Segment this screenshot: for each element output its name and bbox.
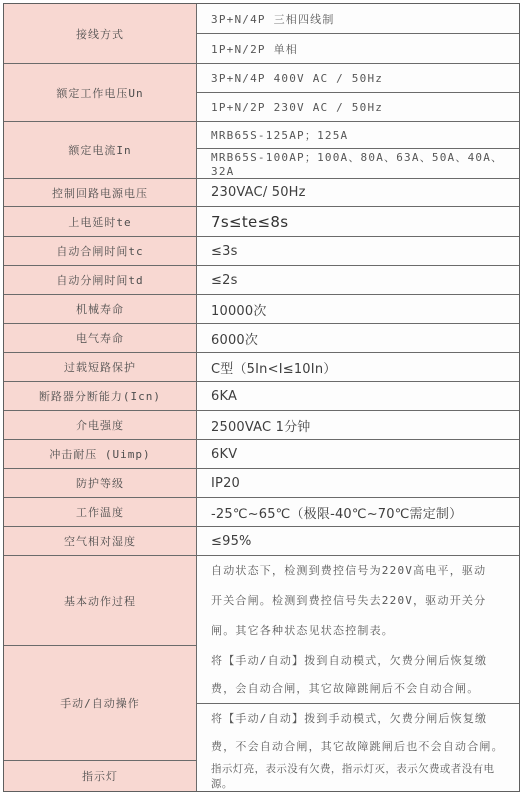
- spec-label: 介电强度: [4, 411, 197, 439]
- spec-label: 空气相对湿度: [4, 527, 197, 555]
- spec-value: 3P+N/4P 三相四线制: [197, 4, 519, 33]
- spec-value: 10000次: [197, 295, 519, 323]
- table-row: 冲击耐压 (Uimp) 6KV: [4, 440, 519, 469]
- spec-label: 机械寿命: [4, 295, 197, 323]
- table-row: 工作温度 -25℃~65℃（极限-40℃~70℃需定制）: [4, 498, 519, 527]
- spec-value: 7s≤te≤8s: [197, 207, 519, 236]
- table-row: 介电强度 2500VAC 1分钟: [4, 411, 519, 440]
- spec-value: 将【手动/自动】拨到自动模式，欠费分闸后恢复缴 费，会自动合闸，其它故障跳闸后不…: [197, 646, 519, 703]
- spec-value: 将【手动/自动】拨到手动模式，欠费分闸后恢复缴 费，不会自动合闸，其它故障跳闸后…: [197, 703, 519, 761]
- table-row: 防护等级 IP20: [4, 469, 519, 498]
- spec-label: 工作温度: [4, 498, 197, 526]
- table-row: 过载短路保护 C型（5In<I≤10In）: [4, 353, 519, 382]
- table-row: 电气寿命 6000次: [4, 324, 519, 353]
- spec-value: ≤95%: [197, 527, 519, 555]
- table-row: 接线方式 3P+N/4P 三相四线制 1P+N/2P 单相: [4, 4, 519, 64]
- spec-value: 230VAC/ 50Hz: [197, 179, 519, 206]
- table-row: 自动合闸时间tc ≤3s: [4, 237, 519, 266]
- spec-value: MRB65S-100AP；100A、80A、63A、50A、40A、32A: [197, 148, 519, 178]
- spec-value: 6KV: [197, 440, 519, 468]
- spec-label: 控制回路电源电压: [4, 179, 197, 206]
- table-row: 控制回路电源电压 230VAC/ 50Hz: [4, 179, 519, 207]
- spec-label: 冲击耐压 (Uimp): [4, 440, 197, 468]
- table-row: 上电延时te 7s≤te≤8s: [4, 207, 519, 237]
- spec-value: 6000次: [197, 324, 519, 352]
- table-row: 手动/自动操作 将【手动/自动】拨到自动模式，欠费分闸后恢复缴 费，会自动合闸，…: [4, 646, 519, 761]
- spec-value: 自动状态下，检测到费控信号为220V高电平，驱动 开关合闸。检测到费控信号失去2…: [197, 556, 519, 646]
- spec-label: 手动/自动操作: [4, 646, 197, 760]
- spec-label: 电气寿命: [4, 324, 197, 352]
- spec-label: 额定工作电压Un: [4, 64, 197, 121]
- spec-value: 指示灯亮，表示没有欠费，指示灯灭，表示欠费或者没有电源。: [197, 761, 519, 791]
- spec-value: 1P+N/2P 230V AC / 50Hz: [197, 92, 519, 121]
- spec-value: 2500VAC 1分钟: [197, 411, 519, 439]
- table-row: 基本动作过程 自动状态下，检测到费控信号为220V高电平，驱动 开关合闸。检测到…: [4, 556, 519, 646]
- spec-value: ≤3s: [197, 237, 519, 265]
- spec-value: 1P+N/2P 单相: [197, 33, 519, 63]
- table-row: 额定电流In MRB65S-125AP；125A MRB65S-100AP；10…: [4, 122, 519, 179]
- spec-label: 指示灯: [4, 761, 197, 791]
- spec-label: 基本动作过程: [4, 556, 197, 645]
- spec-table: 接线方式 3P+N/4P 三相四线制 1P+N/2P 单相 额定工作电压Un 3…: [3, 3, 520, 792]
- table-row: 额定工作电压Un 3P+N/4P 400V AC / 50Hz 1P+N/2P …: [4, 64, 519, 122]
- spec-value: MRB65S-125AP；125A: [197, 122, 519, 148]
- spec-value: IP20: [197, 469, 519, 497]
- spec-label: 上电延时te: [4, 207, 197, 236]
- spec-label: 自动分闸时间td: [4, 266, 197, 294]
- spec-label: 额定电流In: [4, 122, 197, 178]
- table-row: 断路器分断能力(Icn) 6KA: [4, 382, 519, 411]
- spec-label: 断路器分断能力(Icn): [4, 382, 197, 410]
- spec-value: 3P+N/4P 400V AC / 50Hz: [197, 64, 519, 92]
- spec-label: 防护等级: [4, 469, 197, 497]
- table-row: 机械寿命 10000次: [4, 295, 519, 324]
- spec-value: C型（5In<I≤10In）: [197, 353, 519, 381]
- spec-value: 6KA: [197, 382, 519, 410]
- spec-label: 自动合闸时间tc: [4, 237, 197, 265]
- table-row: 指示灯 指示灯亮，表示没有欠费，指示灯灭，表示欠费或者没有电源。: [4, 761, 519, 791]
- table-row: 空气相对湿度 ≤95%: [4, 527, 519, 556]
- spec-label: 过载短路保护: [4, 353, 197, 381]
- table-row: 自动分闸时间td ≤2s: [4, 266, 519, 295]
- spec-value: ≤2s: [197, 266, 519, 294]
- spec-value: -25℃~65℃（极限-40℃~70℃需定制）: [197, 498, 519, 526]
- spec-label: 接线方式: [4, 4, 197, 63]
